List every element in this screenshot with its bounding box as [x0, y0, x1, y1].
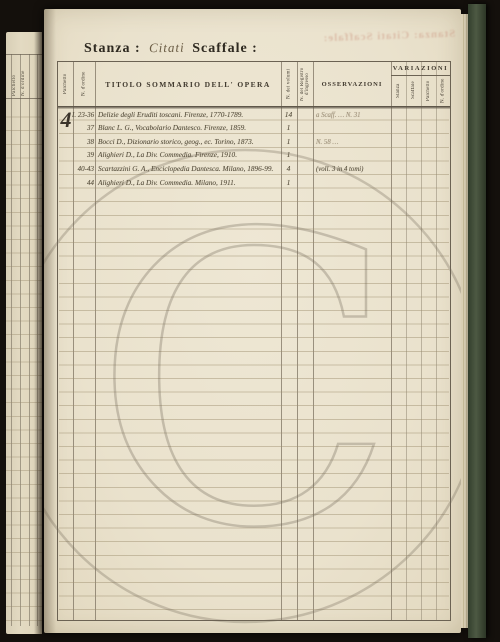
register-page: Stanza: Citati Scaffale: Stanza : Citati…: [44, 9, 461, 633]
page-header: Stanza : Citati Scaffale :: [84, 39, 258, 57]
header-osservazioni: OSSERVAZIONI: [313, 62, 391, 106]
stanza-label: Stanza :: [84, 41, 141, 56]
prev-page-column-label: N. d'ordine: [21, 58, 26, 96]
table-row: I. 23-36 Delizie degli Eruditi toscani. …: [58, 106, 450, 120]
gutter-shadow: [34, 32, 42, 634]
scaffale-label: Scaffale :: [192, 41, 258, 56]
header-variazioni-palchetto: Palchetto: [421, 75, 436, 106]
scanned-register-page: Palchetto N. d'ordine Stanza: Citati Sca…: [0, 0, 500, 642]
table-row: 40-43 Scartazzini G. A., Enciclopedia Da…: [58, 160, 450, 174]
table-row: 38 Bocci D., Dizionario storico, geog., …: [58, 133, 450, 147]
ink-bleedthrough-text: Stanza: Citati Scaffale:: [294, 27, 484, 46]
table-header: Palchetto N. d'ordine TITOLO SOMMARIO DE…: [58, 62, 450, 107]
header-n-ordine: N. d'ordine: [73, 62, 95, 106]
header-n-registro: N. del Registro d'ingresso: [297, 62, 313, 106]
pencil-note: a Scaff. … N. 31: [316, 112, 390, 119]
header-palchetto: Palchetto: [58, 62, 73, 106]
facing-page-edge: Palchetto N. d'ordine: [6, 32, 42, 634]
ink-note: (voll. 3 in 4 tomi): [316, 166, 390, 173]
header-variazioni-stanza: Stanza: [391, 75, 406, 106]
gutter-shadow: [44, 9, 56, 633]
stanza-handwritten-value: Citati: [148, 40, 184, 57]
header-variazioni-n-ordine: N. d'ordine: [436, 75, 450, 106]
header-n-volumi: N. dei volumi: [281, 62, 297, 106]
header-variazioni-scaffale: Scaffale: [406, 75, 421, 106]
register-table: Palchetto N. d'ordine TITOLO SOMMARIO DE…: [57, 61, 451, 621]
table-row: 44 Alighieri D., La Div. Commedia. Milan…: [58, 174, 450, 188]
page-stack-edge: [461, 14, 468, 628]
header-variazioni: VARIAZIONI: [391, 62, 450, 76]
prev-page-column-label: Palchetto: [12, 58, 17, 96]
table-row: 39 Alighieri D., La Div. Commedia. Firen…: [58, 147, 450, 161]
pencil-note: N. 58 …: [316, 139, 390, 146]
book-cover-edge: [468, 4, 486, 638]
header-titolo: TITOLO SOMMARIO DELL' OPERA: [95, 62, 281, 106]
table-row: 37 Blanc L. G., Vocabolario Dantesco. Fi…: [58, 120, 450, 134]
